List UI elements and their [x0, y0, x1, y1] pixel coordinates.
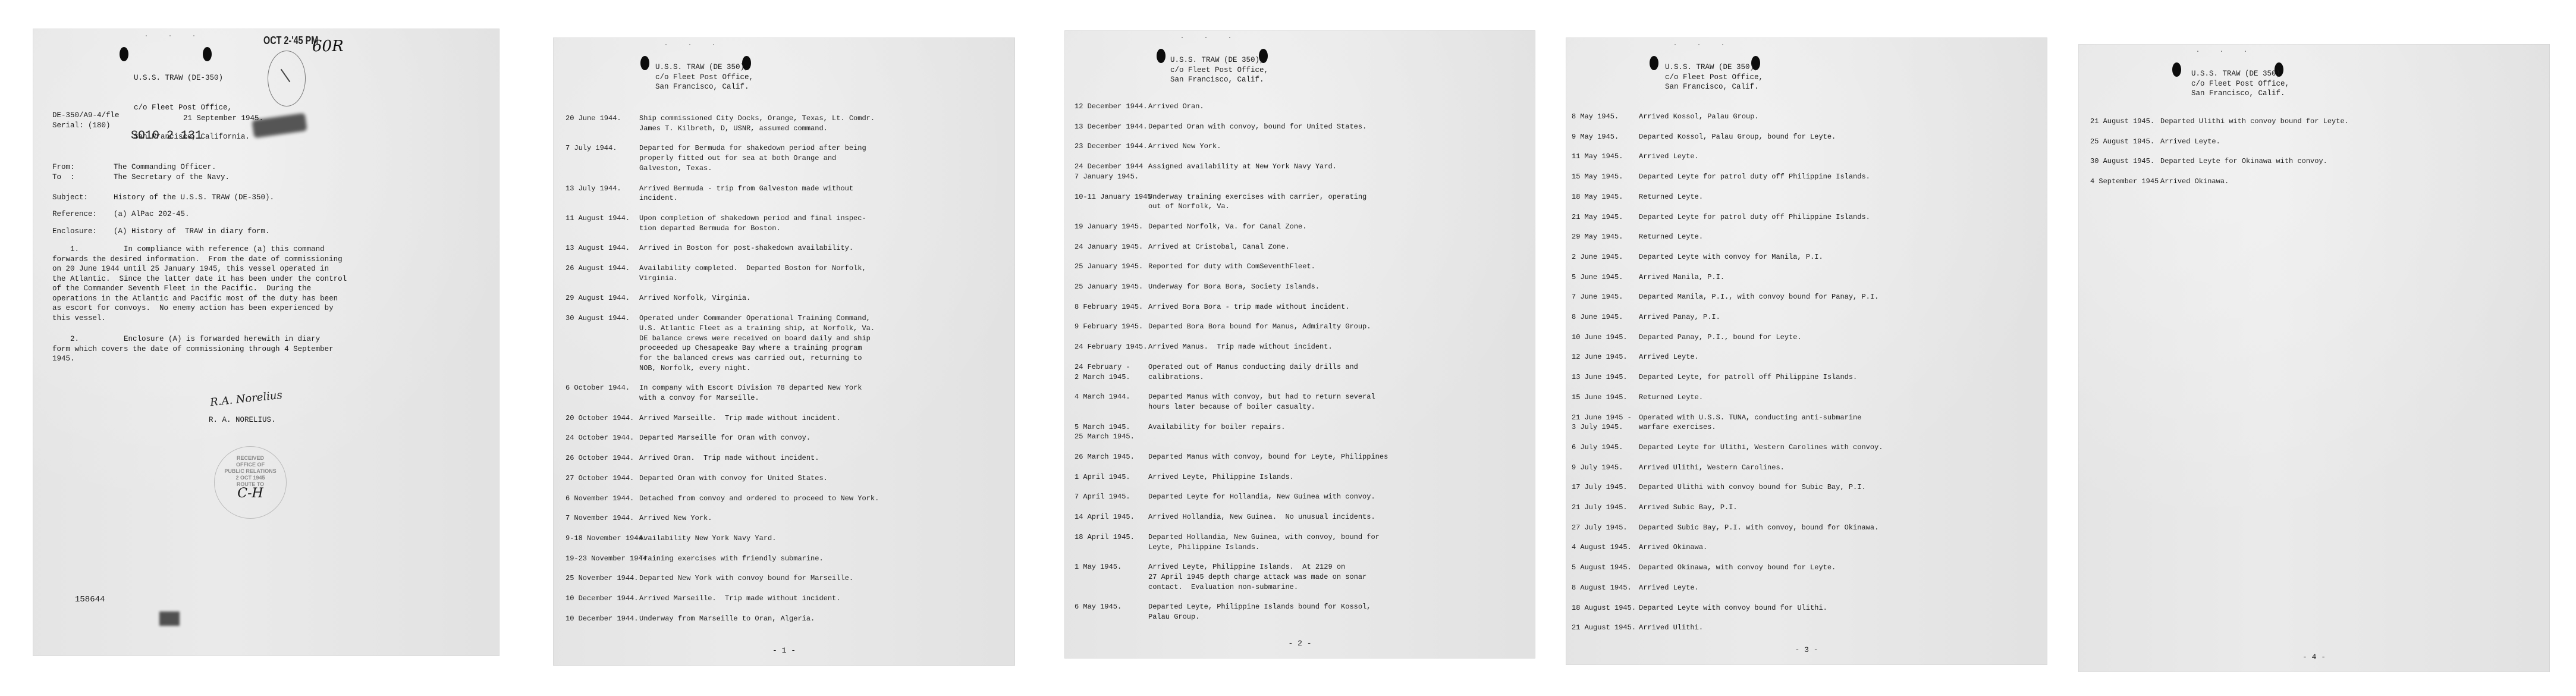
reference-label: Reference:	[52, 209, 97, 220]
entry-text: Underway from Marseille to Oran, Algeria…	[639, 614, 815, 624]
entry-date: 29 May 1945.	[1572, 232, 1623, 242]
entry-text: Departed Leyte for patrol duty off Phili…	[1639, 212, 1870, 222]
typewriter-specks: . . .	[2196, 48, 2255, 54]
entry-date: 8 June 1945.	[1572, 312, 1623, 322]
entry-text: Departed Ulithi with convoy bound for Le…	[2160, 117, 2349, 127]
letterhead: U.S.S. TRAW (DE-350) c/o Fleet Post Offi…	[134, 54, 250, 162]
entry-text: Departed Marseille for Oran with convoy.	[639, 433, 811, 443]
route-to-handwritten: C-H	[215, 490, 286, 497]
punch-hole-left	[640, 56, 649, 70]
enclosure-value: (A) History of TRAW in diary form.	[114, 227, 270, 237]
entry-text: Arrived Manila, P.I.	[1639, 272, 1724, 283]
entry-date: 24 October 1944.	[566, 433, 634, 443]
entry-date: 21 June 1945 - 3 July 1945.	[1572, 413, 1632, 432]
serial-stamp: SO10 2 131	[131, 129, 202, 143]
entry-text: Departed Leyte for patrol duty off Phili…	[1639, 172, 1870, 182]
stamp-line: OFFICE OF	[215, 462, 286, 468]
entry-date: 10 June 1945.	[1572, 333, 1628, 343]
entry-date: 11 August 1944.	[566, 214, 630, 224]
diary-page-4: . . .U.S.S. TRAW (DE 350)c/o Fleet Post …	[2078, 44, 2550, 672]
entry-date: 27 July 1945.	[1572, 523, 1628, 533]
entry-date: 8 August 1945.	[1572, 583, 1632, 593]
serial-number: Serial: (180)	[52, 121, 111, 131]
entry-date: 25 August 1945.	[2090, 137, 2154, 147]
entry-text: Arrived Okinawa.	[2160, 177, 2229, 187]
diary-page-1: . . .U.S.S. TRAW (DE 350),c/o Fleet Post…	[553, 37, 1015, 666]
entry-date: 24 February - 2 March 1945.	[1075, 362, 1130, 382]
entry-date: 15 June 1945.	[1572, 393, 1628, 403]
entry-date: 24 December 1944 - 7 January 1945.	[1075, 162, 1152, 181]
entry-text: Arrived Bermuda - trip from Galveston ma…	[639, 184, 853, 203]
entry-date: 24 February 1945.	[1075, 342, 1147, 352]
entry-date: 18 April 1945.	[1075, 532, 1135, 543]
entry-text: Arrived Panay, P.I.	[1639, 312, 1720, 322]
entry-text: Arrived New York.	[639, 513, 712, 523]
entry-date: 5 March 1945. 25 March 1945.	[1075, 422, 1135, 442]
entry-text: Departed Leyte, Philippine Islands bound…	[1148, 602, 1371, 622]
punch-hole-left	[120, 47, 128, 61]
entry-date: 6 May 1945.	[1075, 602, 1121, 612]
typewriter-specks: . . .	[664, 41, 724, 48]
entry-text: Departed Kossol, Palau Group, bound for …	[1639, 132, 1836, 142]
letterhead: U.S.S. TRAW (DE 350)c/o Fleet Post Offic…	[2191, 69, 2289, 99]
entry-text: Training exercises with friendly submari…	[639, 554, 824, 564]
entry-text: Arrived New York.	[1148, 142, 1221, 152]
entry-date: 13 July 1944.	[566, 184, 621, 194]
entry-date: 9-18 November 1944.	[566, 534, 647, 544]
entry-date: 29 August 1944.	[566, 293, 630, 303]
entry-date: 6 July 1945.	[1572, 443, 1623, 453]
entry-date: 7 November 1944.	[566, 513, 634, 523]
handwritten-signature: R.A. Norelius	[209, 389, 282, 409]
entry-text: Arrived Kossol, Palau Group.	[1639, 112, 1759, 122]
entry-text: Arrived Bora Bora - trip made without in…	[1148, 302, 1349, 312]
subject-value: History of the U.S.S. TRAW (DE-350).	[114, 193, 274, 203]
entry-date: 1 April 1945.	[1075, 472, 1130, 482]
entry-date: 6 October 1944.	[566, 383, 630, 393]
entry-date: 26 March 1945.	[1075, 452, 1135, 462]
entry-text: Departed Leyte for Hollandia, New Guinea…	[1148, 492, 1375, 502]
letterhead-line: San Francisco, Calif.	[1170, 75, 1268, 85]
entry-date: 19-23 November 1944	[566, 554, 647, 564]
paragraph-2: 2. Enclosure (A) is forwarded herewith i…	[52, 334, 334, 364]
entry-date: 21 August 1945.	[2090, 117, 2154, 127]
page-number: - 4 -	[2078, 653, 2550, 661]
entry-text: Departed Leyte, for patroll off Philippi…	[1639, 372, 1857, 383]
entry-text: Arrived Marseille. Trip made without inc…	[639, 413, 840, 424]
entry-date: 19 January 1945.	[1075, 222, 1143, 232]
letterhead: U.S.S. TRAW (DE 350),c/o Fleet Post Offi…	[655, 62, 753, 92]
entry-text: Departed Leyte with convoy bound for Uli…	[1639, 603, 1827, 613]
entry-text: Arrived Oran.	[1148, 102, 1204, 112]
entry-text: Upon completion of shakedown period and …	[639, 214, 866, 233]
entry-text: Departed for Bermuda for shakedown perio…	[639, 143, 866, 173]
page-number: - 2 -	[1064, 639, 1535, 648]
entry-text: Arrived Ulithi, Western Carolines.	[1639, 463, 1785, 473]
entry-text: Departed Manus with convoy, but had to r…	[1148, 392, 1375, 412]
entry-text: Arrived Leyte.	[1639, 352, 1699, 362]
entry-text: Availability for boiler repairs.	[1148, 422, 1285, 432]
entry-text: Arrived Leyte, Philippine Islands.	[1148, 472, 1294, 482]
entry-date: 21 July 1945.	[1572, 503, 1628, 513]
subject-label: Subject:	[52, 193, 88, 203]
letterhead-line: U.S.S. TRAW (DE 350),	[1665, 62, 1763, 73]
from-label: From:	[52, 162, 75, 173]
punch-hole-left	[2172, 62, 2181, 77]
letterhead-line: c/o Fleet Post Office,	[1665, 73, 1763, 83]
entry-date: 10 December 1944.	[566, 594, 638, 604]
entry-text: Assigned availability at New York Navy Y…	[1148, 162, 1337, 172]
entry-text: Departed Leyte for Okinawa with convoy.	[2160, 156, 2327, 167]
page-number: - 3 -	[1566, 645, 2047, 654]
entry-date: 7 July 1944.	[566, 143, 617, 153]
letterhead-line: U.S.S. TRAW (DE 350)	[2191, 69, 2289, 79]
to-value: The Secretary of the Navy.	[114, 173, 230, 183]
entry-text: Reported for duty with ComSeventhFleet.	[1148, 262, 1315, 272]
entry-text: Departed Oran with convoy for United Sta…	[639, 474, 828, 484]
entry-date: 15 May 1945.	[1572, 172, 1623, 182]
typewriter-specks: . . .	[1673, 41, 1733, 48]
entry-date: 12 December 1944.	[1075, 102, 1147, 112]
entry-date: 25 November 1944.	[566, 573, 638, 584]
letterhead-line: San Francisco, Calif.	[655, 82, 753, 92]
entry-text: Arrived Leyte.	[2160, 137, 2220, 147]
entry-text: Departed Okinawa, with convoy bound for …	[1639, 563, 1836, 573]
entry-date: 12 June 1945.	[1572, 352, 1628, 362]
entry-date: 9 July 1945.	[1572, 463, 1623, 473]
letterhead: U.S.S. TRAW (DE 350),c/o Fleet Post Offi…	[1170, 55, 1268, 85]
entry-text: Underway for Bora Bora, Society Islands.	[1148, 282, 1320, 292]
letterhead-line: c/o Fleet Post Office,	[655, 73, 753, 83]
punch-hole-left	[1157, 49, 1166, 63]
entry-date: 20 October 1944.	[566, 413, 634, 424]
entry-date: 5 June 1945.	[1572, 272, 1623, 283]
handwritten-mark: 60R	[312, 37, 344, 55]
entry-text: Availability New York Navy Yard.	[639, 534, 776, 544]
entry-text: Arrived Manus. Trip made without inciden…	[1148, 342, 1333, 352]
letter-date: 21 September 1945.	[183, 114, 263, 124]
entry-text: Arrived Okinawa.	[1639, 543, 1707, 553]
entry-text: Underway training exercises with carrier…	[1148, 192, 1366, 212]
entry-date: 14 April 1945.	[1075, 512, 1135, 522]
entry-text: Departed Leyte with convoy for Manila, P…	[1639, 252, 1823, 262]
entry-date: 10-11 January 1945.	[1075, 192, 1156, 202]
document-number: 158644	[75, 595, 105, 604]
letterhead-line: U.S.S. TRAW (DE 350),	[655, 62, 753, 73]
cover-letter-page: . . . U.S.S. TRAW (DE-350) c/o Fleet Pos…	[33, 29, 500, 656]
entry-text: Availability completed. Departed Boston …	[639, 264, 866, 283]
letterhead-line: San Francisco, Calif.	[2191, 89, 2289, 99]
entry-date: 26 October 1944.	[566, 453, 634, 463]
diary-page-2: . . .U.S.S. TRAW (DE 350),c/o Fleet Post…	[1064, 30, 1535, 659]
entry-text: Arrived Marseille. Trip made without inc…	[639, 594, 840, 604]
entry-date: 24 January 1945.	[1075, 242, 1143, 252]
entry-date: 25 January 1945.	[1075, 282, 1143, 292]
stamp-line: PUBLIC RELATIONS	[215, 468, 286, 475]
entry-date: 5 August 1945.	[1572, 563, 1632, 573]
entry-date: 4 March 1944.	[1075, 392, 1130, 402]
from-value: The Commanding Officer.	[114, 162, 216, 173]
stamp-line: RECEIVED	[215, 455, 286, 462]
letterhead-line: U.S.S. TRAW (DE-350)	[134, 73, 250, 83]
entry-text: Arrived Leyte.	[1639, 152, 1699, 162]
entry-text: Arrived at Cristobal, Canal Zone.	[1148, 242, 1290, 252]
entry-date: 26 August 1944.	[566, 264, 630, 274]
letterhead-line: c/o Fleet Post Office,	[134, 103, 250, 113]
page-number: - 1 -	[553, 646, 1015, 655]
letterhead-line: c/o Fleet Post Office,	[1170, 65, 1268, 76]
entry-date: 25 January 1945.	[1075, 262, 1143, 272]
entry-date: 7 April 1945.	[1075, 492, 1130, 502]
entry-text: Arrived Leyte, Philippine Islands. At 21…	[1148, 562, 1366, 592]
entry-text: Arrived Ulithi.	[1639, 623, 1703, 633]
entry-text: In company with Escort Division 78 depar…	[639, 383, 862, 403]
entry-date: 8 February 1945.	[1075, 302, 1143, 312]
typewriter-specks: . . .	[1180, 34, 1240, 40]
entry-date: 17 July 1945.	[1572, 482, 1628, 493]
letterhead: U.S.S. TRAW (DE 350),c/o Fleet Post Offi…	[1665, 62, 1763, 92]
entry-date: 18 August 1945.	[1572, 603, 1636, 613]
entry-date: 18 May 1945.	[1572, 192, 1623, 202]
entry-text: Operated with U.S.S. TUNA, conducting an…	[1639, 413, 1861, 432]
entry-text: Returned Leyte.	[1639, 232, 1703, 242]
entry-text: Departed Subic Bay, P.I. with convoy, bo…	[1639, 523, 1878, 533]
entry-date: 13 December 1944.	[1075, 122, 1147, 132]
entry-text: Departed Hollandia, New Guinea, with con…	[1148, 532, 1380, 552]
entry-text: Departed New York with convoy bound for …	[639, 573, 853, 584]
entry-text: Arrived Norfolk, Virginia.	[639, 293, 750, 303]
entry-date: 4 September 1945.	[2090, 177, 2163, 187]
entry-text: Departed Norfolk, Va. for Canal Zone.	[1148, 222, 1306, 232]
letterhead-line: U.S.S. TRAW (DE 350),	[1170, 55, 1268, 65]
entry-text: Arrived Leyte.	[1639, 583, 1699, 593]
time-clock-stamp-icon	[268, 51, 306, 106]
punch-hole-left	[1650, 56, 1658, 70]
entry-text: Operated out of Manus conducting daily d…	[1148, 362, 1358, 382]
received-date-stamp: OCT 2-'45 PM	[263, 35, 318, 47]
entry-text: Departed Ulithi with convoy bound for Su…	[1639, 482, 1866, 493]
received-office-stamp: RECEIVED OFFICE OF PUBLIC RELATIONS 2 OC…	[214, 446, 287, 519]
diary-page-3: . . .U.S.S. TRAW (DE 350),c/o Fleet Post…	[1566, 37, 2047, 665]
entry-date: 2 June 1945.	[1572, 252, 1623, 262]
letterhead-line: c/o Fleet Post Office,	[2191, 79, 2289, 89]
entry-date: 10 December 1944.	[566, 614, 638, 624]
ink-smudge	[159, 612, 180, 626]
entry-text: Operated under Commander Operational Tra…	[639, 313, 875, 373]
entry-date: 27 October 1944.	[566, 474, 634, 484]
letterhead-line: San Francisco, Calif.	[1665, 82, 1763, 92]
entry-date: 13 August 1944.	[566, 243, 630, 253]
entry-text: Arrived Hollandia, New Guinea. No unusua…	[1148, 512, 1375, 522]
to-label: To :	[52, 173, 75, 183]
paragraph-1: 1. In compliance with reference (a) this…	[52, 244, 347, 323]
entry-date: 20 June 1944.	[566, 114, 621, 124]
entry-date: 9 February 1945.	[1075, 322, 1143, 332]
entry-date: 13 June 1945.	[1572, 372, 1628, 383]
entry-text: Departed Bora Bora bound for Manus, Admi…	[1148, 322, 1371, 332]
stamp-line: 2 OCT 1945	[215, 475, 286, 481]
entry-date: 6 November 1944.	[566, 494, 634, 504]
enclosure-label: Enclosure:	[52, 227, 97, 237]
entry-date: 30 August 1945.	[2090, 156, 2154, 167]
typewriter-specks: . . .	[144, 32, 204, 39]
entry-date: 1 May 1945.	[1075, 562, 1121, 572]
entry-text: Ship commissioned City Docks, Orange, Te…	[639, 114, 875, 133]
entry-text: Departed Panay, P.I., bound for Leyte.	[1639, 333, 1802, 343]
entry-date: 30 August 1944.	[566, 313, 630, 324]
reference-value: (a) AlPac 202-45.	[114, 209, 190, 220]
entry-date: 4 August 1945.	[1572, 543, 1632, 553]
entry-date: 8 May 1945.	[1572, 112, 1619, 122]
entry-date: 21 May 1945.	[1572, 212, 1623, 222]
entry-date: 9 May 1945.	[1572, 132, 1619, 142]
entry-text: Arrived in Boston for post-shakedown ava…	[639, 243, 853, 253]
entry-text: Arrived Subic Bay, P.I.	[1639, 503, 1738, 513]
entry-date: 21 August 1945.	[1572, 623, 1636, 633]
entry-text: Departed Oran with convoy, bound for Uni…	[1148, 122, 1366, 132]
entry-text: Departed Manus with convoy, bound for Le…	[1148, 452, 1388, 462]
file-reference: DE-350/A9-4/fle	[52, 111, 120, 121]
entry-text: Returned Leyte.	[1639, 192, 1703, 202]
entry-date: 23 December 1944.	[1075, 142, 1147, 152]
entry-date: 7 June 1945.	[1572, 292, 1623, 302]
entry-text: Returned Leyte.	[1639, 393, 1703, 403]
entry-text: Departed Manila, P.I., with convoy bound…	[1639, 292, 1878, 302]
entry-text: Departed Leyte for Ulithi, Western Carol…	[1639, 443, 1883, 453]
entry-text: Detached from convoy and ordered to proc…	[639, 494, 879, 504]
entry-text: Arrived Oran. Trip made without incident…	[639, 453, 819, 463]
entry-date: 11 May 1945.	[1572, 152, 1623, 162]
typed-signature: R. A. NORELIUS.	[209, 415, 276, 425]
